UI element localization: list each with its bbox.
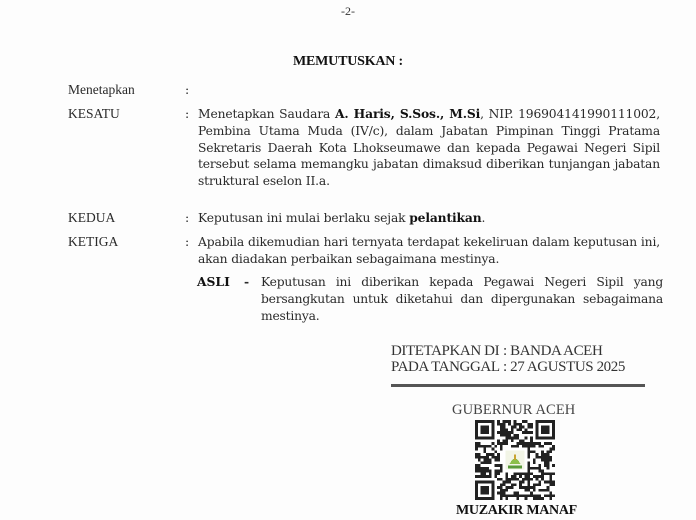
asli-dash: - — [244, 274, 249, 291]
qr-code-signature-icon — [475, 420, 555, 500]
date-label: PADA TANGGAL — [391, 360, 503, 376]
ketiga-row: KETIGA : Apabila dikemudian hari ternyat… — [68, 234, 660, 268]
asli-text: Keputusan ini diberikan kepada Pegawai N… — [261, 274, 663, 324]
signed-block: DITETAPKAN DI: BANDA ACEH PADA TANGGAL: … — [391, 344, 651, 375]
kesatu-row: KESATU : Menetapkan Saudara A. Haris, S.… — [68, 106, 660, 190]
kesatu-label: KESATU — [68, 106, 120, 123]
kesatu-text: Menetapkan Saudara A. Haris, S.Sos., M.S… — [198, 106, 660, 190]
date-value: : 27 AGUSTUS 2025 — [503, 359, 625, 375]
menetapkan-label: Menetapkan — [68, 82, 135, 99]
signature-divider — [391, 384, 645, 387]
place-label: DITETAPKAN DI — [391, 344, 503, 360]
decision-heading: MEMUTUSKAN : — [0, 54, 696, 70]
colon: : — [185, 234, 189, 251]
colon: : — [185, 210, 189, 227]
pelantikan-bold: pelantikan — [409, 210, 481, 225]
colon: : — [185, 82, 189, 99]
place-value: : BANDA ACEH — [503, 343, 602, 359]
asli-note: ASLI - Keputusan ini diberikan kepada Pe… — [197, 274, 663, 324]
ketiga-label: KETIGA — [68, 234, 118, 251]
kedua-text-after: . — [482, 211, 486, 225]
colon: : — [185, 106, 189, 123]
kedua-text: Keputusan ini mulai berlaku sejak pelant… — [198, 210, 660, 227]
kedua-text-before: Keputusan ini mulai berlaku sejak — [198, 211, 409, 225]
page-number: -2- — [0, 4, 696, 19]
kedua-row: KEDUA : Keputusan ini mulai berlaku seja… — [68, 210, 660, 227]
asli-label: ASLI — [197, 274, 230, 291]
official-title: GUBERNUR ACEH — [452, 402, 575, 419]
appointee-name: A. Haris, S.Sos., M.Si — [335, 106, 480, 121]
official-name: MUZAKIR MANAF — [456, 503, 577, 519]
kesatu-text-before: Menetapkan Saudara — [198, 107, 335, 121]
ketiga-text: Apabila dikemudian hari ternyata terdapa… — [198, 234, 660, 268]
kedua-label: KEDUA — [68, 210, 115, 227]
